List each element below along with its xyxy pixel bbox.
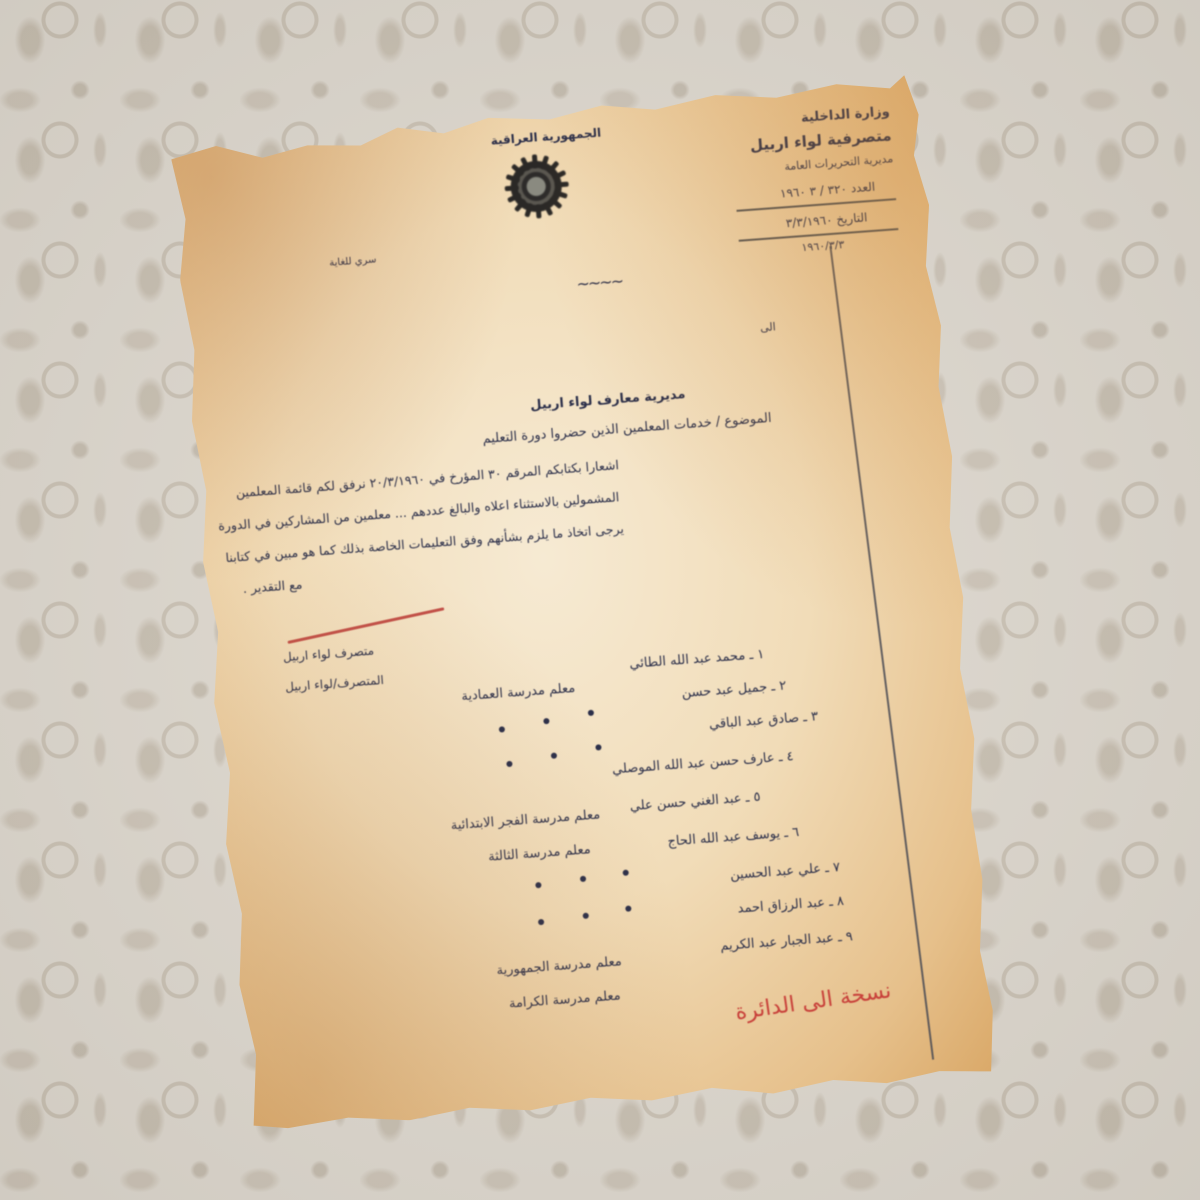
emblem-ray [505,185,519,191]
ditto-dot [595,744,601,750]
list-item: ٥ ـ عبد الغني حسن علي [629,790,761,815]
header-rule [736,198,896,211]
reference-number: العدد ٣٢٠ / ٣ ١٩٦٠ [780,180,876,201]
body-line-3: يرجى اتخاذ ما يلزم بشأنهم وفق التعليمات … [225,521,624,565]
date-line: التاريخ ٣/٣/١٩٦٠ [785,210,868,230]
ditto-dot [543,718,549,724]
emblem-ray [552,170,567,181]
addressee: مديرية معارف لواء اربيل [530,387,686,413]
ditto-dot [588,710,594,716]
sun-emblem-icon [502,152,571,221]
list-item: معلم مدرسة العمادية [461,681,576,704]
signature-subtitle: المتصرف/لواء اربيل [285,673,385,694]
addressee-label: الى [760,320,776,334]
emblem-ray [514,198,527,212]
emblem-ray [536,204,542,218]
ministry-name: وزارة الداخلية [801,104,891,125]
ditto-dot [499,726,505,732]
body-line-4: مع التقدير . [242,577,303,596]
list-item: ٩ ـ عبد الجبار عبد الكريم [720,929,854,954]
list-item: ٣ ـ صادق عبد الباقي [709,709,819,732]
scribble-mark: ~~~~ [576,271,623,293]
emblem-ray [547,161,560,175]
red-signature [287,607,444,644]
list-item: ٧ ـ علي عبد الحسين [730,860,841,883]
emblem-ray [549,196,563,209]
date-line-2: ١٩٦٠/٣/٣ [801,238,845,254]
list-item: ٤ ـ عارف حسن عبد الله الموصلي [612,749,795,777]
subject-line: الموضوع / خدمات المعلمين الذين حضروا دور… [482,411,772,447]
emblem-ray [507,192,522,203]
list-item: معلم مدرسة الفجر الابتدائية [450,807,600,833]
signature-title: متصرف لواء اربيل [283,644,375,665]
ditto-dot [623,870,629,876]
emblem-ray [520,157,531,172]
emblem-ray [511,164,525,177]
emblem-ray [540,155,549,170]
ditto-dot [625,905,631,911]
body-line-1: اشعارا بكتابكم المرقم ٣٠ المؤرخ في ٢٠/٣/… [235,457,619,500]
emblem-ray [553,190,568,199]
emblem-ray [554,182,568,188]
department-name: مديرية التحريرات العامة [784,152,894,173]
emblem-ray [532,154,538,168]
emblem-title: الجمهورية العراقية [490,126,601,148]
list-item: ٢ ـ جميل عبد حسن [681,679,787,702]
margin-line [829,246,934,1060]
governorate-name: متصرفية لواء اربيل [749,126,892,154]
list-item: ١ ـ محمد عبد الله الطائي [629,647,765,672]
ditto-dot [535,882,541,888]
ditto-dot [580,876,586,882]
list-item: معلم مدرسة الكرامة [508,988,621,1011]
header-rule [739,228,899,241]
left-note: سري للغاية [329,254,377,268]
list-item: ٨ ـ عبد الرزاق احمد [737,894,844,917]
emblem-ray [524,203,533,218]
ditto-dot [538,919,544,925]
body-line-2: المشمولين بالاستثناء اعلاه والبالغ عددهم… [218,489,620,533]
list-item: ٦ ـ يوسف عبد الله الحاج [667,825,800,850]
list-item: معلم مدرسة الجمهورية [496,954,622,978]
ditto-dot [551,752,557,758]
red-note: نسخة الى الدائرة [734,978,893,1025]
ditto-dot [583,913,589,919]
emblem-ray [543,201,554,216]
list-item: معلم مدرسة الثالثة [488,842,592,864]
emblem-ray [506,174,521,183]
document-page: وزارة الداخلية متصرفية لواء اربيل مديرية… [169,74,1001,1137]
ditto-dot [506,761,512,767]
